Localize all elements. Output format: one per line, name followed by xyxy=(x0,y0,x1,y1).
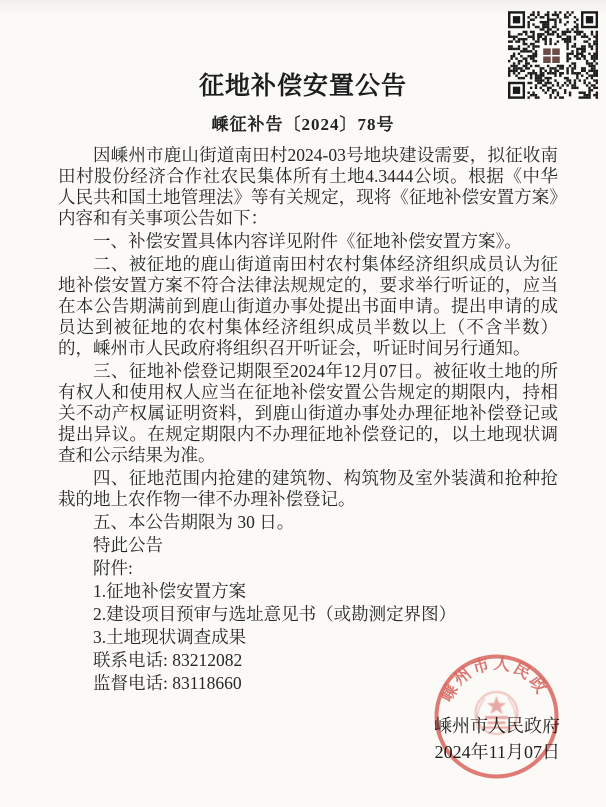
body-paragraph: 一、补偿安置具体内容详见附件《征地补偿安置方案》。 xyxy=(58,231,558,252)
body-paragraph: 五、本公告期限为 30 日。 xyxy=(58,512,558,533)
body-paragraph: 附件: xyxy=(58,558,558,579)
document-page: 征地补偿安置公告 嵊征补告〔2024〕78号 因嵊州市鹿山街道南田村2024-0… xyxy=(0,0,606,807)
body-paragraph: 四、征地范围内抢建的建筑物、构筑物及室外装潢和抢种抢栽的地上农作物一律不办理补偿… xyxy=(58,468,558,510)
seal-text: 嵊州市人民政府 xyxy=(426,646,553,705)
national-emblem-icon xyxy=(476,692,518,734)
body-paragraph: 2.建设项目预审与选址意见书（或勘测定界图） xyxy=(58,604,558,625)
document-title: 征地补偿安置公告 xyxy=(0,66,606,102)
body-paragraph: 1.征地补偿安置方案 xyxy=(58,581,558,602)
body-paragraph: 因嵊州市鹿山街道南田村2024-03号地块建设需要，拟征收南田村股份经济合作社农… xyxy=(58,145,558,229)
document-number: 嵊征补告〔2024〕78号 xyxy=(0,110,606,135)
body-paragraph: 3.土地现状调查成果 xyxy=(58,627,558,648)
document-body: 因嵊州市鹿山街道南田村2024-03号地块建设需要，拟征收南田村股份经济合作社农… xyxy=(58,145,558,696)
svg-text:嵊州市人民政府: 嵊州市人民政府 xyxy=(426,646,553,705)
star-icon xyxy=(487,696,506,714)
body-paragraph: 特此公告 xyxy=(58,535,558,556)
official-seal: 嵊州市人民政府 xyxy=(426,646,567,787)
body-paragraph: 二、被征地的鹿山街道南田村农村集体经济组织成员认为征地补偿安置方案不符合法律法规… xyxy=(58,254,558,359)
body-paragraph: 三、征地补偿登记期限至2024年12月07日。被征收土地的所有权人和使用权人应当… xyxy=(58,361,558,466)
